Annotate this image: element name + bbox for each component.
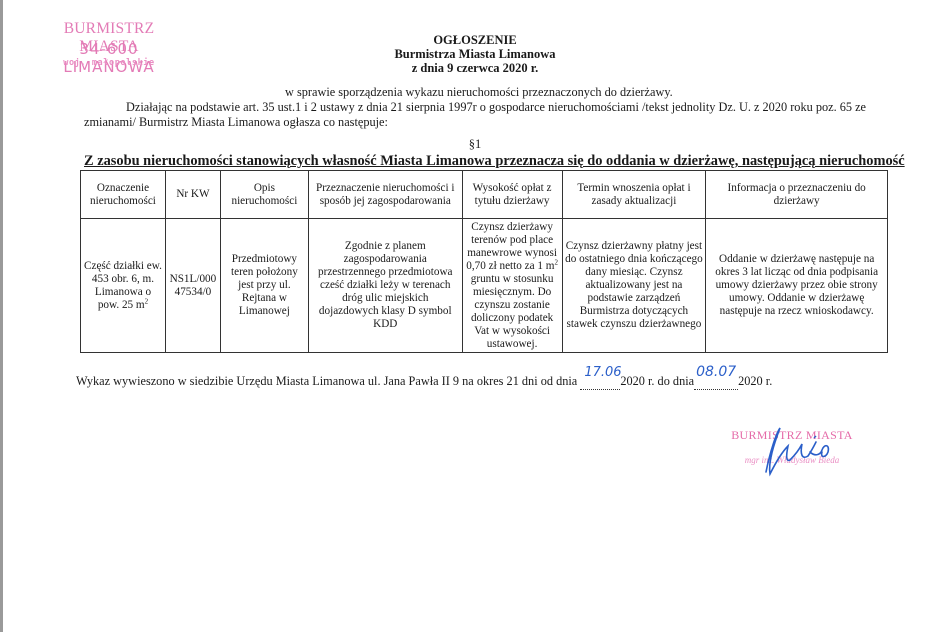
header-fee: Wysokość opłat z tytułu dzierżawy (462, 171, 562, 219)
signature-stamp: BURMISTRZ MIASTA mgr inż. Władysław Bied… (722, 428, 862, 443)
date-to-field: 08.07 (694, 374, 738, 390)
cell-description: Przedmiotowy teren położony jest przy ul… (220, 219, 308, 353)
scan-edge (0, 0, 3, 632)
cell-designation: Część działki ew. 453 obr. 6, m. Limanow… (81, 219, 166, 353)
document-date: z dnia 9 czerwca 2020 r. (300, 61, 650, 76)
cell-payment-terms: Czynsz dzierżawny płatny jest do ostatni… (562, 219, 706, 353)
posting-line: Wykaz wywieszono w siedzibie Urzędu Mias… (76, 374, 772, 390)
cell-fee: Czynsz dzierżawy terenów pod place manew… (462, 219, 562, 353)
cell-kw-number: NS1L/000 47534/0 (165, 219, 220, 353)
header-description: Opis nieruchomości (220, 171, 308, 219)
stamp-line-3: woj. małopolskie (34, 58, 184, 68)
handwritten-signature-icon (740, 422, 850, 482)
cell-lease-info: Oddanie w dzierżawę następuje na okres 3… (706, 219, 888, 353)
subject-line: w sprawie sporządzenia wykazu nieruchomo… (285, 85, 673, 100)
header-designation: Oznaczenie nieruchomości (81, 171, 166, 219)
document-issuer: Burmistrza Miasta Limanowa (300, 47, 650, 62)
header-kw-number: Nr KW (165, 171, 220, 219)
date-from-field: 17.06 (580, 374, 620, 390)
section-number: §1 (0, 137, 950, 152)
header-purpose: Przeznaczenie nieruchomości i sposób jej… (308, 171, 462, 219)
section-heading: Z zasobu nieruchomości stanowiących włas… (84, 153, 905, 170)
property-table: Oznaczenie nieruchomości Nr KW Opis nier… (80, 170, 888, 353)
header-lease-info: Informacja o przeznaczeniu do dzierżawy (706, 171, 888, 219)
table-row: Część działki ew. 453 obr. 6, m. Limanow… (81, 219, 888, 353)
legal-basis-line-1: Działając na podstawie art. 35 ust.1 i 2… (126, 100, 866, 115)
header-payment-terms: Termin wnoszenia opłat i zasady aktualiz… (562, 171, 706, 219)
document-title: OGŁOSZENIE (300, 33, 650, 48)
legal-basis-line-2: zmianami/ Burmistrz Miasta Limanowa ogła… (84, 115, 388, 130)
cell-purpose: Zgodnie z planem zagospodarowania przest… (308, 219, 462, 353)
table-header-row: Oznaczenie nieruchomości Nr KW Opis nier… (81, 171, 888, 219)
